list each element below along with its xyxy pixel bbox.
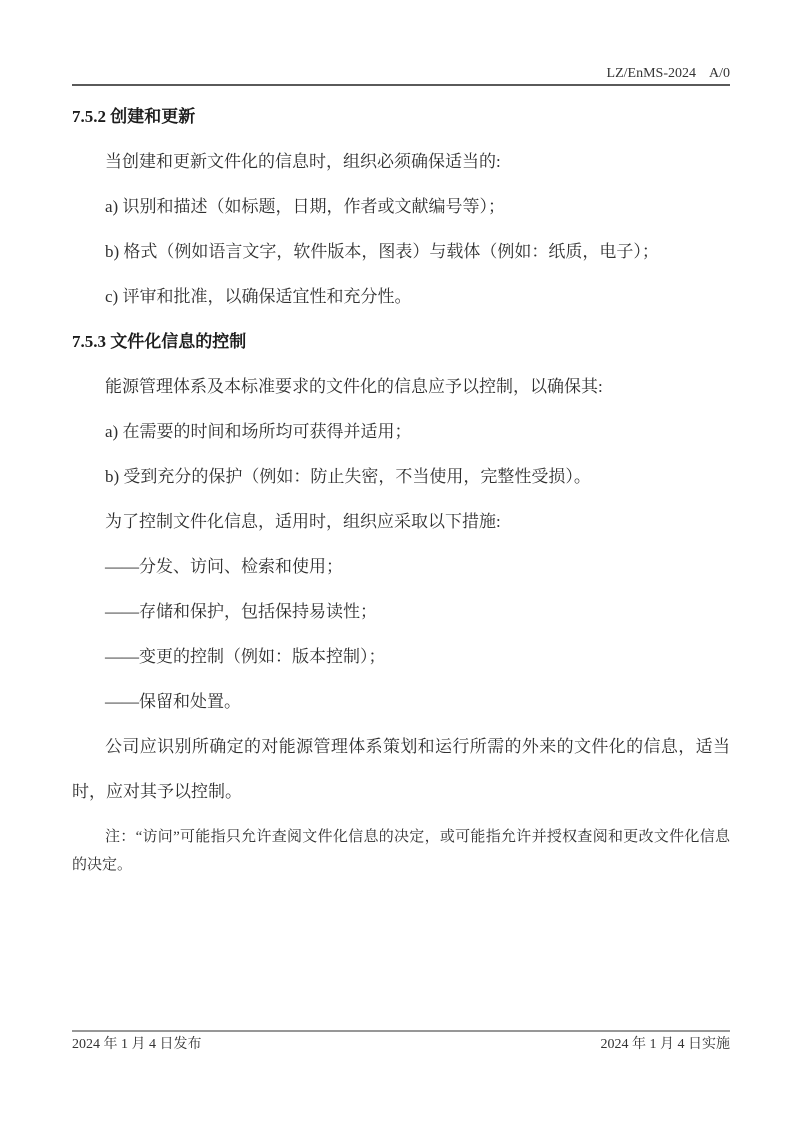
- paragraph: c) 评审和批准，以确保适宜性和充分性。: [72, 274, 730, 319]
- note-paragraph: 注：“访问”可能指只允许查阅文件化信息的决定，或可能指允许并授权查阅和更改文件化…: [72, 823, 730, 879]
- doc-code: LZ/EnMS-2024: [607, 66, 696, 81]
- paragraph: 当创建和更新文件化的信息时，组织必须确保适当的:: [72, 139, 730, 184]
- paragraph: ——分发、访问、检索和使用；: [72, 544, 730, 589]
- paragraph: 能源管理体系及本标准要求的文件化的信息应予以控制，以确保其:: [72, 364, 730, 409]
- footer-row: 2024 年 1 月 4 日发布 2024 年 1 月 4 日实施: [72, 1036, 730, 1054]
- paragraph: ——保留和处置。: [72, 679, 730, 724]
- document-page: LZ/EnMS-2024A/0 7.5.2 创建和更新当创建和更新文件化的信息时…: [0, 0, 800, 1130]
- document-body: 7.5.2 创建和更新当创建和更新文件化的信息时，组织必须确保适当的:a) 识别…: [72, 94, 730, 879]
- paragraph: ——存储和保护，包括保持易读性；: [72, 589, 730, 634]
- paragraph: a) 识别和描述（如标题，日期，作者或文献编号等）；: [72, 184, 730, 229]
- paragraph: a) 在需要的时间和场所均可获得并适用；: [72, 409, 730, 454]
- page-header: LZ/EnMS-2024A/0: [72, 64, 730, 86]
- paragraph: 为了控制文件化信息，适用时，组织应采取以下措施:: [72, 499, 730, 544]
- paragraph: b) 格式（例如语言文字，软件版本，图表）与载体（例如：纸质，电子）；: [72, 229, 730, 274]
- issue-date: 2024 年 1 月 4 日发布: [72, 1036, 202, 1054]
- page-footer: 2024 年 1 月 4 日发布 2024 年 1 月 4 日实施: [72, 1030, 730, 1054]
- paragraph: 公司应识别所确定的对能源管理体系策划和运行所需的外来的文件化的信息，适当时，应对…: [72, 724, 730, 814]
- section-heading: 7.5.2 创建和更新: [72, 94, 730, 139]
- implementation-date: 2024 年 1 月 4 日实施: [601, 1036, 731, 1054]
- paragraph: ——变更的控制（例如：版本控制）；: [72, 634, 730, 679]
- doc-revision: A/0: [709, 64, 730, 84]
- paragraph: b) 受到充分的保护（例如：防止失密，不当使用，完整性受损）。: [72, 454, 730, 499]
- section-heading: 7.5.3 文件化信息的控制: [72, 319, 730, 364]
